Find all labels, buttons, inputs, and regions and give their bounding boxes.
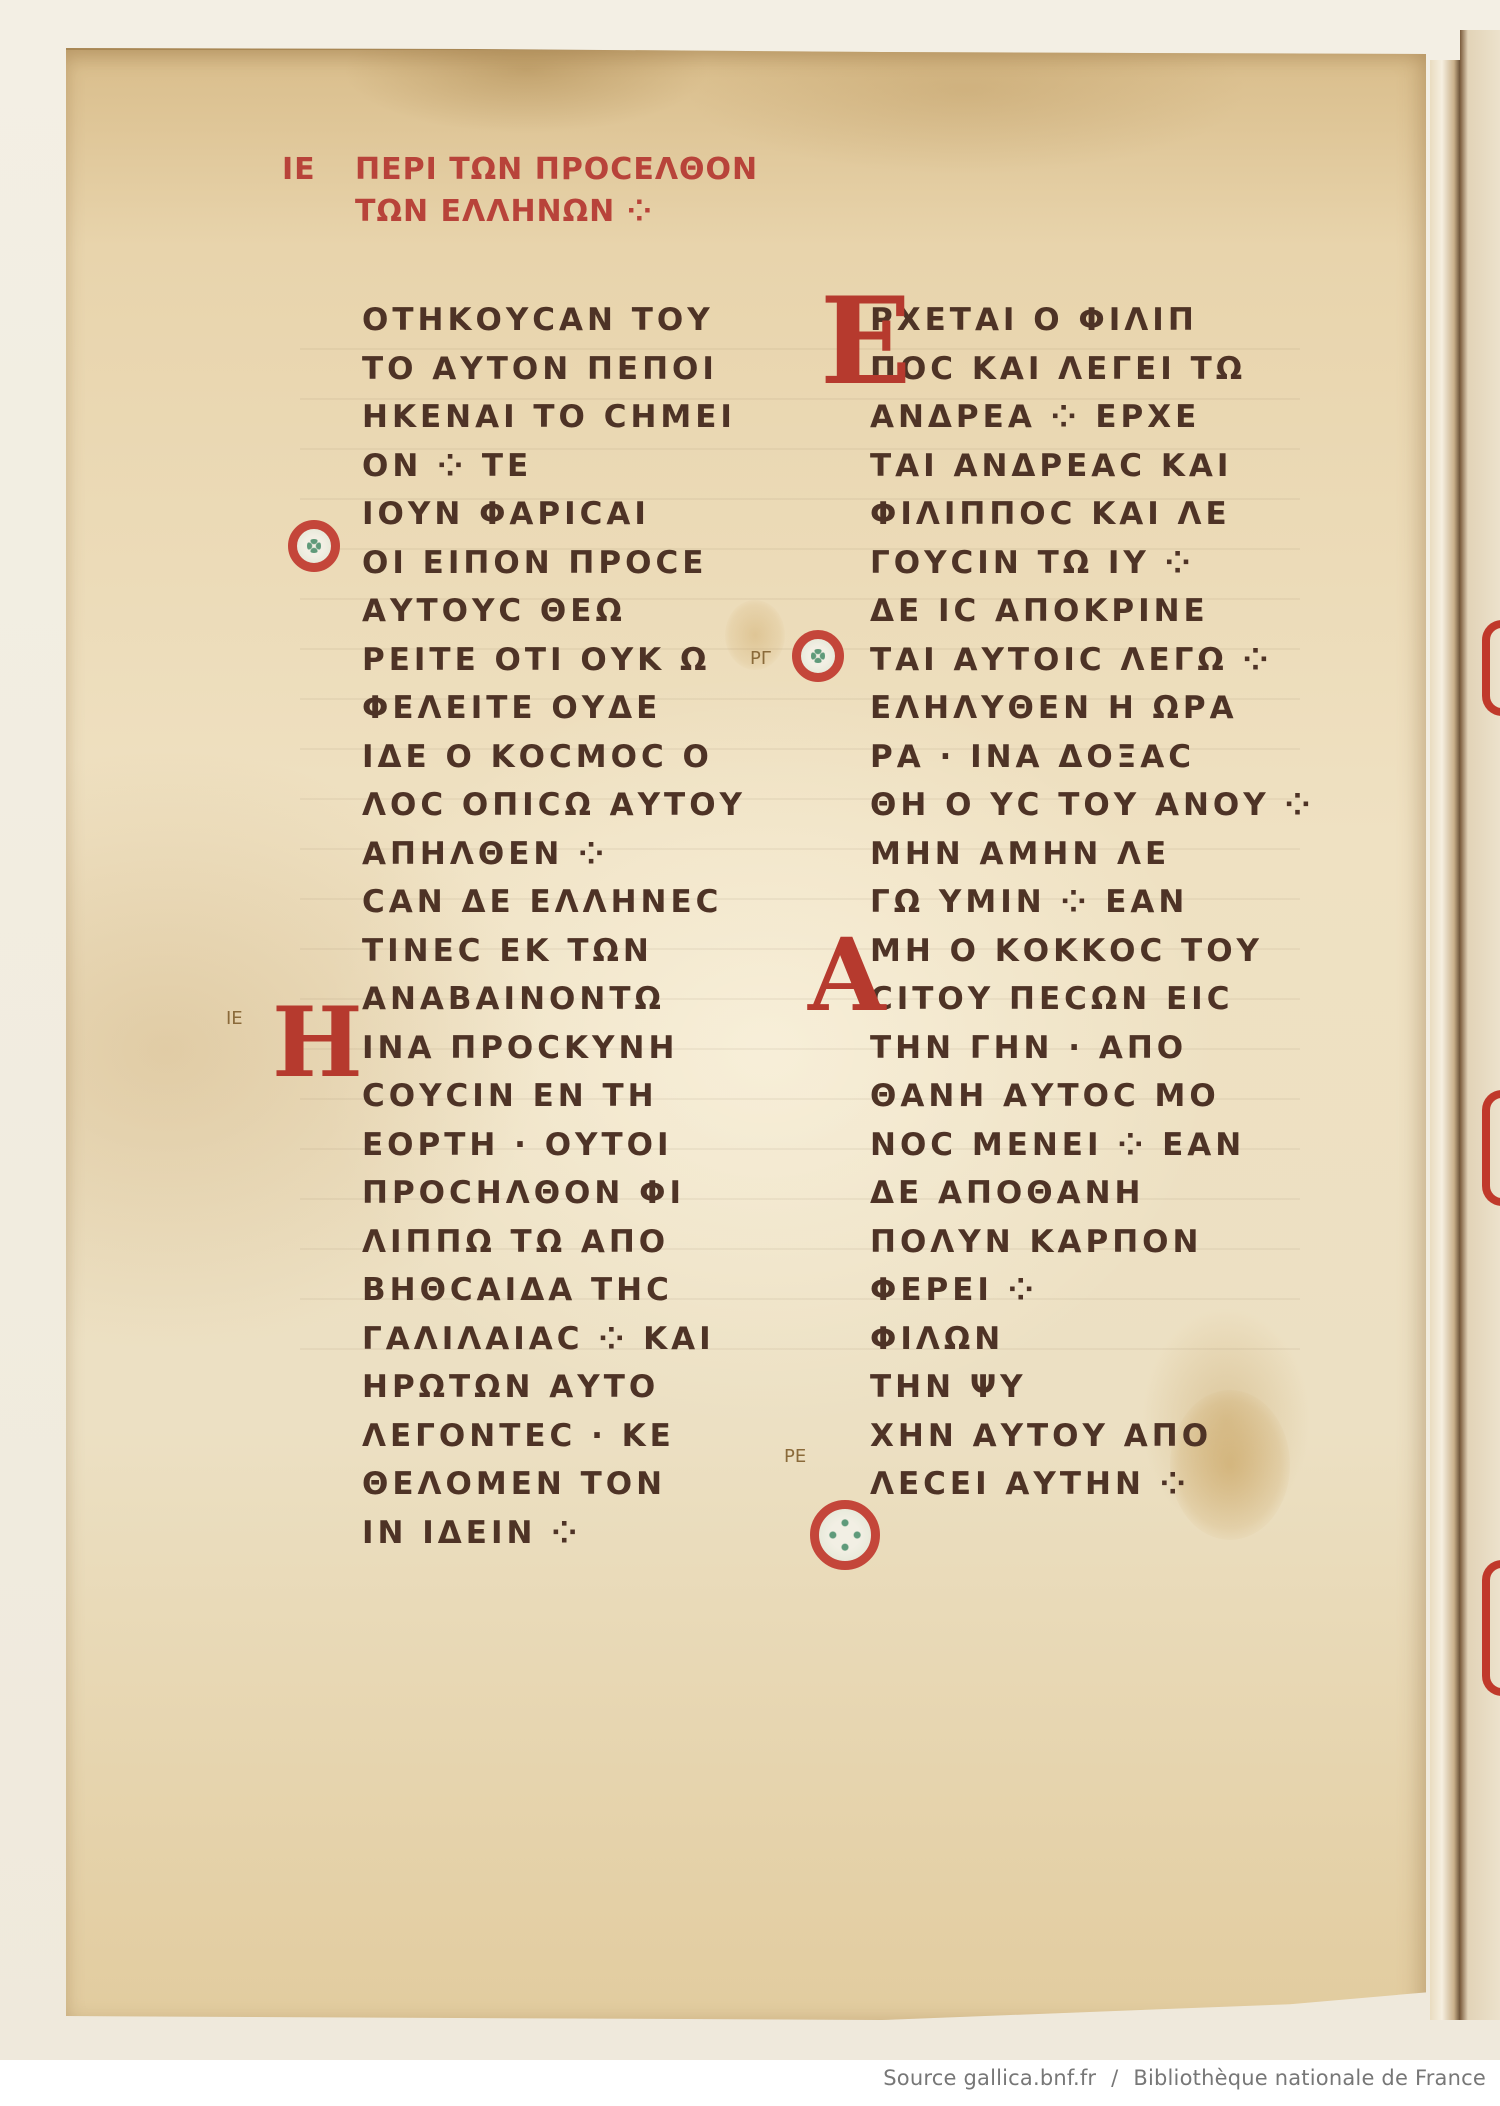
text-line: ΓΑΛΙΛΑΙΑC ⁘ ΚΑΙ xyxy=(362,1315,746,1364)
text-line: ΤΑΙ ΑΝΔΡΕΑC ΚΑΙ xyxy=(870,442,1314,491)
text-line: ΜΗΝ ΑΜΗΝ ΛΕ xyxy=(870,830,1314,879)
text-line: ΟΝ ⁘ ΤΕ xyxy=(362,442,746,491)
marginal-note-section: ΡΓ xyxy=(750,650,771,668)
text-line: ΦΙΛΩΝ xyxy=(870,1315,1314,1364)
decorated-initial-omicron xyxy=(792,630,844,682)
text-line: ΤΙΝΕC ΕΚ ΤΩΝ xyxy=(362,927,746,976)
text-line: ΦΕΡΕΙ ⁘ xyxy=(870,1266,1314,1315)
institution-name: Bibliothèque nationale de France xyxy=(1133,2066,1486,2090)
decorated-initial-omicron xyxy=(810,1500,880,1570)
text-line: ΙΝΑ ΠΡΟCΚΥΝΗ xyxy=(362,1024,746,1073)
text-line: ΘΕΛΟΜΕΝ ΤΟΝ xyxy=(362,1460,746,1509)
large-initial-eta: Η xyxy=(272,995,363,1091)
separator: / xyxy=(1111,2066,1118,2090)
text-line: ΠΡΟCΗΛΘΟΝ ΦΙ xyxy=(362,1169,746,1218)
large-initial-epsilon: Ε xyxy=(820,282,911,402)
text-line: ΗΚΕΝΑΙ ΤΟ CΗΜΕΙ xyxy=(362,393,746,442)
text-line: ΡΕΙΤΕ ΟΤΙ ΟΥΚ Ω xyxy=(362,636,746,685)
text-line: ΛΟC ΟΠΙCΩ ΑΥΤΟΥ xyxy=(362,781,746,830)
text-line: CΑΝ ΔΕ ΕΛΛΗΝΕC xyxy=(362,878,746,927)
text-line: ΝΟC ΜΕΝΕΙ ⁘ ΕΑΝ xyxy=(870,1121,1314,1170)
decorated-initial-omicron xyxy=(288,520,340,572)
text-line: ΒΗΘCΑΙΔΑ ΤΗC xyxy=(362,1266,746,1315)
text-line: ΛΕCΕΙ ΑΥΤΗΝ ⁘ xyxy=(870,1460,1314,1509)
text-line: ΗΡΩΤΩΝ ΑΥΤΟ xyxy=(362,1363,746,1412)
heading-title-line-2: ΤΩΝ ΕΛΛΗΝΩΝ ⁘ xyxy=(355,192,653,232)
text-line: ΑΠΗΛΘΕΝ ⁘ xyxy=(362,830,746,879)
text-line: CΙΤΟΥ ΠΕCΩΝ ΕΙC xyxy=(870,975,1314,1024)
green-cross-ornament-icon xyxy=(811,649,825,663)
right-text-column: ΡΧΕΤΑΙ Ο ΦΙΛΙΠ ΠΟC ΚΑΙ ΛΕΓΕΙ ΤΩ ΑΝΔΡΕΑ ⁘… xyxy=(870,296,1314,1509)
text-line: ΓΩ ΥΜΙΝ ⁘ ΕΑΝ xyxy=(870,878,1314,927)
text-line: ΡΧΕΤΑΙ Ο ΦΙΛΙΠ xyxy=(870,296,1314,345)
text-line: ΕΛΗΛΥΘΕΝ Η ΩΡΑ xyxy=(870,684,1314,733)
text-line: ΦΙΛΙΠΠΟC ΚΑΙ ΛΕ xyxy=(870,490,1314,539)
text-line: ΕΟΡΤΗ · ΟΥΤΟΙ xyxy=(362,1121,746,1170)
text-line: ΔΕ ΙC ΑΠΟΚΡΙΝΕ xyxy=(870,587,1314,636)
text-line: ΠΟΛΥΝ ΚΑΡΠΟΝ xyxy=(870,1218,1314,1267)
text-line: ΓΟΥCΙΝ ΤΩ ΙΥ ⁘ xyxy=(870,539,1314,588)
text-line: ΦΕΛΕΙΤΕ ΟΥΔΕ xyxy=(362,684,746,733)
text-line: ΜΗ Ο ΚΟΚΚΟC ΤΟΥ xyxy=(870,927,1314,976)
text-line: ΑΝΔΡΕΑ ⁘ ΕΡΧΕ xyxy=(870,393,1314,442)
heading-title-line-1: ΠΕΡΙ ΤΩΝ ΠΡΟCΕΛΘΟΝ xyxy=(355,150,758,190)
text-line: ΟΙ ΕΙΠΟΝ ΠΡΟCΕ xyxy=(362,539,746,588)
marginal-note-section: ΡΕ xyxy=(784,1448,806,1466)
text-line: ΤΗΝ ΓΗΝ · ΑΠΟ xyxy=(870,1024,1314,1073)
text-line: ΧΗΝ ΑΥΤΟΥ ΑΠΟ xyxy=(870,1412,1314,1461)
source-credit: Source gallica.bnf.fr / Bibliothèque nat… xyxy=(883,2066,1486,2090)
adjacent-initial-fragment xyxy=(1482,1560,1500,1696)
text-line: ΛΙΠΠΩ ΤΩ ΑΠΟ xyxy=(362,1218,746,1267)
text-line: ΙΝ ΙΔΕΙΝ ⁘ xyxy=(362,1509,746,1558)
text-line: ΑΝΑΒΑΙΝΟΝΤΩ xyxy=(362,975,746,1024)
large-initial-alpha: Α xyxy=(808,925,886,1025)
text-line: ΤΗΝ ΨΥ xyxy=(870,1363,1314,1412)
text-line: ΘΗ Ο ΥC ΤΟΥ ΑΝΟΥ ⁘ xyxy=(870,781,1314,830)
binding-gutter xyxy=(1430,60,1460,2020)
section-number: ΙΕ xyxy=(282,150,316,190)
text-line: CΟΥCΙΝ ΕΝ ΤΗ xyxy=(362,1072,746,1121)
marginal-note-section: ΙΕ xyxy=(226,1010,243,1028)
text-line: ΟΤΗΚΟΥCΑΝ ΤΟΥ xyxy=(362,296,746,345)
text-line: ΛΕΓΟΝΤΕC · ΚΕ xyxy=(362,1412,746,1461)
green-cross-ornament-icon xyxy=(829,1519,861,1551)
text-line: ΠΟC ΚΑΙ ΛΕΓΕΙ ΤΩ xyxy=(870,345,1314,394)
text-line: ΤΟ ΑΥΤΟΝ ΠΕΠΟΙ xyxy=(362,345,746,394)
source-label: Source gallica.bnf.fr xyxy=(883,2066,1096,2090)
text-line: ΤΑΙ ΑΥΤΟΙC ΛΕΓΩ ⁘ xyxy=(870,636,1314,685)
text-line: ΔΕ ΑΠΟΘΑΝΗ xyxy=(870,1169,1314,1218)
adjacent-initial-fragment xyxy=(1482,620,1500,716)
left-text-column: ΟΤΗΚΟΥCΑΝ ΤΟΥ ΤΟ ΑΥΤΟΝ ΠΕΠΟΙ ΗΚΕΝΑΙ ΤΟ C… xyxy=(362,296,746,1557)
text-line: ΙΔΕ Ο ΚΟCΜΟC Ο xyxy=(362,733,746,782)
text-line: ΙΟΥΝ ΦΑΡΙCΑΙ xyxy=(362,490,746,539)
adjacent-initial-fragment xyxy=(1482,1090,1500,1206)
adjacent-folio-edge xyxy=(1460,30,1500,2020)
text-line: ΡΑ · ΙΝΑ ΔΟΞΑC xyxy=(870,733,1314,782)
text-line: ΘΑΝΗ ΑΥΤΟC ΜΟ xyxy=(870,1072,1314,1121)
text-line: ΑΥΤΟΥC ΘΕΩ xyxy=(362,587,746,636)
green-cross-ornament-icon xyxy=(307,539,321,553)
